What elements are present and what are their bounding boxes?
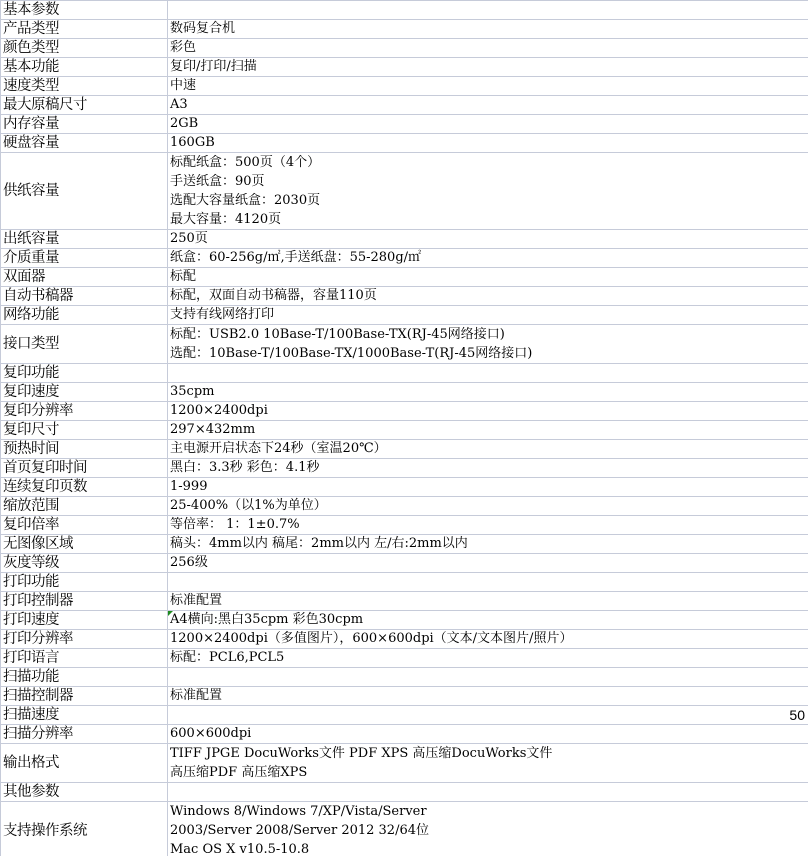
table-row: 供纸容量标配纸盒：500页（4个）手送纸盒：90页选配大容量纸盒：2030页最大… [1, 153, 808, 230]
table-row: 复印尺寸297×432mm [1, 421, 808, 440]
param-value-cell[interactable]: 标配：USB2.0 10Base-T/100Base-TX(RJ-45网络接口)… [168, 325, 808, 364]
table-row: 硬盘容量160GB [1, 134, 808, 153]
value-line: 选配：10Base-T/100Base-TX/1000Base-T(RJ-45网… [170, 344, 806, 363]
param-name-cell[interactable]: 硬盘容量 [1, 134, 168, 153]
param-name-cell[interactable]: 打印控制器 [1, 592, 168, 611]
table-row: 颜色类型彩色 [1, 39, 808, 58]
param-value-cell[interactable]: 主电源开启状态下24秒（室温20℃） [168, 440, 808, 459]
param-name-cell[interactable]: 扫描速度 [1, 706, 168, 725]
section-header-cell[interactable]: 其他参数 [1, 783, 168, 802]
param-value-cell[interactable]: Windows 8/Windows 7/XP/Vista/Server2003/… [168, 802, 808, 856]
param-value-cell[interactable] [168, 668, 808, 687]
param-name-cell[interactable]: 支持操作系统 [1, 802, 168, 856]
table-row: 最大原稿尺寸A3 [1, 96, 808, 115]
table-row: 预热时间主电源开启状态下24秒（室温20℃） [1, 440, 808, 459]
param-name-cell[interactable]: 复印尺寸 [1, 421, 168, 440]
table-row: 介质重量纸盒：60-256g/㎡,手送纸盘：55-280g/㎡ [1, 249, 808, 268]
param-name-cell[interactable]: 打印语言 [1, 649, 168, 668]
param-value-cell[interactable]: 1-999 [168, 478, 808, 497]
table-row: 扫描控制器标准配置 [1, 687, 808, 706]
param-name-cell[interactable]: 扫描控制器 [1, 687, 168, 706]
param-name-cell[interactable]: 复印倍率 [1, 516, 168, 535]
param-value-cell[interactable] [168, 364, 808, 383]
table-row: 无图像区域稿头：4mm以内 稿尾：2mm以内 左/右:2mm以内 [1, 535, 808, 554]
section-header-cell[interactable]: 打印功能 [1, 573, 168, 592]
table-row: 扫描分辨率600×600dpi [1, 725, 808, 744]
table-row: 扫描速度50 [1, 706, 808, 725]
value-line: 2003/Server 2008/Server 2012 32/64位 [170, 821, 806, 840]
param-value-cell[interactable]: 标配：PCL6,PCL5 [168, 649, 808, 668]
param-value-cell[interactable]: 纸盒：60-256g/㎡,手送纸盘：55-280g/㎡ [168, 249, 808, 268]
param-name-cell[interactable]: 首页复印时间 [1, 459, 168, 478]
param-value-cell[interactable]: 1200×2400dpi（多值图片），600×600dpi（文本/文本图片/照片… [168, 630, 808, 649]
table-row: 首页复印时间黑白：3.3秒 彩色：4.1秒 [1, 459, 808, 478]
param-name-cell[interactable]: 出纸容量 [1, 230, 168, 249]
section-header-cell[interactable]: 扫描功能 [1, 668, 168, 687]
section-row: 打印功能 [1, 573, 808, 592]
param-value-cell[interactable]: 25-400%（以1%为单位） [168, 497, 808, 516]
param-value-cell[interactable]: 中速 [168, 77, 808, 96]
table-row: 输出格式TIFF JPGE DocuWorks文件 PDF XPS 高压缩Doc… [1, 744, 808, 783]
param-value-cell[interactable] [168, 573, 808, 592]
table-row: 内存容量2GB [1, 115, 808, 134]
table-row: 复印分辨率1200×2400dpi [1, 402, 808, 421]
param-value-cell[interactable]: 数码复合机 [168, 20, 808, 39]
param-name-cell[interactable]: 复印分辨率 [1, 402, 168, 421]
table-row: 缩放范围25-400%（以1%为单位） [1, 497, 808, 516]
value-line: 标配纸盒：500页（4个） [170, 153, 806, 172]
param-value-cell[interactable] [168, 1, 808, 20]
param-name-cell[interactable]: 接口类型 [1, 325, 168, 364]
table-row: 灰度等级256级 [1, 554, 808, 573]
section-header-cell[interactable]: 基本参数 [1, 1, 168, 20]
value-line: 选配大容量纸盒：2030页 [170, 191, 806, 210]
param-value-cell[interactable]: 35cpm [168, 383, 808, 402]
value-line: Windows 8/Windows 7/XP/Vista/Server [170, 802, 806, 821]
param-value-cell[interactable]: 标配，双面自动书稿器，容量110页 [168, 287, 808, 306]
param-value-cell[interactable]: TIFF JPGE DocuWorks文件 PDF XPS 高压缩DocuWor… [168, 744, 808, 783]
param-name-cell[interactable]: 供纸容量 [1, 153, 168, 230]
param-name-cell[interactable]: 复印速度 [1, 383, 168, 402]
table-row: 双面器标配 [1, 268, 808, 287]
section-row: 基本参数 [1, 1, 808, 20]
table-row: 产品类型数码复合机 [1, 20, 808, 39]
spec-table: 基本参数产品类型数码复合机颜色类型彩色基本功能复印/打印/扫描速度类型中速最大原… [0, 0, 808, 856]
value-line: Mac OS X v10.5-10.8 [170, 840, 806, 856]
param-value-cell[interactable]: 等倍率： 1：1±0.7% [168, 516, 808, 535]
table-row: 支持操作系统Windows 8/Windows 7/XP/Vista/Serve… [1, 802, 808, 856]
param-value-cell[interactable]: 标准配置 [168, 592, 808, 611]
param-name-cell[interactable]: 无图像区域 [1, 535, 168, 554]
param-name-cell[interactable]: 基本功能 [1, 58, 168, 77]
table-row: 连续复印页数1-999 [1, 478, 808, 497]
table-row: 自动书稿器标配，双面自动书稿器，容量110页 [1, 287, 808, 306]
param-name-cell[interactable]: 介质重量 [1, 249, 168, 268]
table-row: 速度类型中速 [1, 77, 808, 96]
param-value-cell[interactable]: 稿头：4mm以内 稿尾：2mm以内 左/右:2mm以内 [168, 535, 808, 554]
value-line: 高压缩PDF 高压缩XPS [170, 763, 806, 782]
param-value-cell[interactable]: 2GB [168, 115, 808, 134]
table-row: 打印分辨率1200×2400dpi（多值图片），600×600dpi（文本/文本… [1, 630, 808, 649]
value-line: 最大容量：4120页 [170, 210, 806, 229]
param-name-cell[interactable]: 打印分辨率 [1, 630, 168, 649]
table-row: 网络功能支持有线网络打印 [1, 306, 808, 325]
param-name-cell[interactable]: 内存容量 [1, 115, 168, 134]
param-name-cell[interactable]: 网络功能 [1, 306, 168, 325]
param-name-cell[interactable]: 连续复印页数 [1, 478, 168, 497]
param-value-cell[interactable]: 1200×2400dpi [168, 402, 808, 421]
value-line: 标配：USB2.0 10Base-T/100Base-TX(RJ-45网络接口) [170, 325, 806, 344]
param-value-cell[interactable]: 标准配置 [168, 687, 808, 706]
param-name-cell[interactable]: 产品类型 [1, 20, 168, 39]
table-row: 打印控制器标准配置 [1, 592, 808, 611]
table-row: 接口类型标配：USB2.0 10Base-T/100Base-TX(RJ-45网… [1, 325, 808, 364]
param-name-cell[interactable]: 颜色类型 [1, 39, 168, 58]
param-name-cell[interactable]: 灰度等级 [1, 554, 168, 573]
param-name-cell[interactable]: 双面器 [1, 268, 168, 287]
param-value-cell[interactable]: 256级 [168, 554, 808, 573]
param-name-cell[interactable]: 扫描分辨率 [1, 725, 168, 744]
section-row: 扫描功能 [1, 668, 808, 687]
table-row: 打印语言标配：PCL6,PCL5 [1, 649, 808, 668]
param-value-cell[interactable]: 250页 [168, 230, 808, 249]
section-row: 其他参数 [1, 783, 808, 802]
table-row: 出纸容量250页 [1, 230, 808, 249]
param-value-cell[interactable]: 297×432mm [168, 421, 808, 440]
param-value-cell[interactable]: 支持有线网络打印 [168, 306, 808, 325]
spreadsheet: 基本参数产品类型数码复合机颜色类型彩色基本功能复印/打印/扫描速度类型中速最大原… [0, 0, 808, 856]
param-value-cell[interactable]: 600×600dpi [168, 725, 808, 744]
param-value-cell[interactable]: 彩色 [168, 39, 808, 58]
param-name-cell[interactable]: 打印速度 [1, 611, 168, 630]
value-line: TIFF JPGE DocuWorks文件 PDF XPS 高压缩DocuWor… [170, 744, 806, 763]
param-value-cell[interactable]: 标配 [168, 268, 808, 287]
param-value-cell[interactable]: 复印/打印/扫描 [168, 58, 808, 77]
table-row: 复印倍率等倍率： 1：1±0.7% [1, 516, 808, 535]
param-value-cell[interactable]: 50 [168, 706, 808, 725]
param-value-cell[interactable]: A3 [168, 96, 808, 115]
param-name-cell[interactable]: 最大原稿尺寸 [1, 96, 168, 115]
table-row: 打印速度A4横向:黑白35cpm 彩色30cpm [1, 611, 808, 630]
table-row: 基本功能复印/打印/扫描 [1, 58, 808, 77]
param-name-cell[interactable]: 缩放范围 [1, 497, 168, 516]
param-value-cell[interactable]: 标配纸盒：500页（4个）手送纸盒：90页选配大容量纸盒：2030页最大容量：4… [168, 153, 808, 230]
param-name-cell[interactable]: 自动书稿器 [1, 287, 168, 306]
param-name-cell[interactable]: 速度类型 [1, 77, 168, 96]
param-value-cell[interactable]: 160GB [168, 134, 808, 153]
param-value-cell[interactable]: 黑白：3.3秒 彩色：4.1秒 [168, 459, 808, 478]
table-row: 复印速度35cpm [1, 383, 808, 402]
section-header-cell[interactable]: 复印功能 [1, 364, 168, 383]
param-value-cell[interactable] [168, 783, 808, 802]
param-value-cell-with-comment[interactable]: A4横向:黑白35cpm 彩色30cpm [168, 611, 808, 630]
param-name-cell[interactable]: 预热时间 [1, 440, 168, 459]
section-row: 复印功能 [1, 364, 808, 383]
value-line: 手送纸盒：90页 [170, 172, 806, 191]
spec-table-body: 基本参数产品类型数码复合机颜色类型彩色基本功能复印/打印/扫描速度类型中速最大原… [1, 1, 808, 856]
param-name-cell[interactable]: 输出格式 [1, 744, 168, 783]
